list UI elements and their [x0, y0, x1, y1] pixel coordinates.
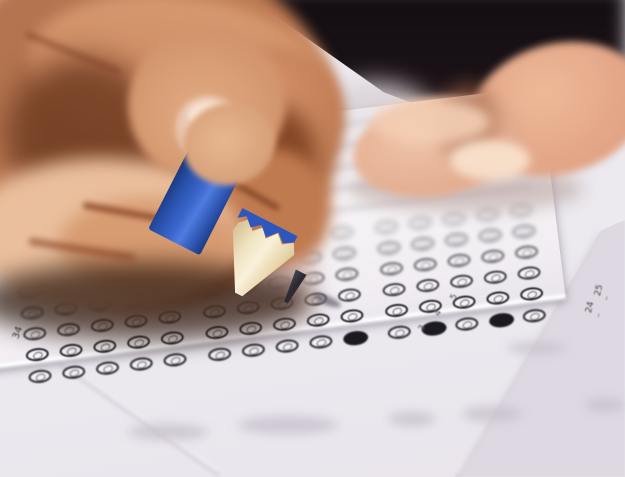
answer-bubble — [481, 249, 505, 265]
answer-bubble — [447, 253, 471, 269]
answer-bubble — [449, 273, 473, 289]
blurred-print-smudge — [238, 416, 338, 434]
blurred-print-smudge — [128, 424, 208, 440]
answer-bubble — [309, 334, 333, 350]
answer-bubble — [478, 228, 502, 244]
answer-bubble — [486, 290, 510, 306]
answer-bubble — [382, 282, 406, 298]
blurred-print-smudge — [462, 406, 522, 422]
blurred-print-smudge — [585, 398, 625, 412]
answer-bubble — [241, 342, 265, 358]
answer-bubble — [522, 308, 546, 324]
answer-bubble — [413, 257, 437, 273]
blurred-print-smudge — [388, 412, 436, 426]
answer-bubble-filled — [342, 330, 369, 347]
answer-bubble — [275, 338, 299, 354]
photo-answer-sheet-scene: 342524––543 — [0, 0, 625, 477]
answer-bubble — [519, 286, 543, 302]
answer-bubble — [163, 352, 187, 368]
answer-bubble — [95, 360, 119, 376]
answer-bubble — [455, 316, 479, 332]
answer-bubble — [384, 303, 408, 319]
answer-bubble — [207, 347, 231, 363]
answer-bubble — [62, 364, 86, 380]
answer-bubble — [374, 219, 398, 235]
answer-bubble — [25, 347, 49, 363]
answer-bubble — [379, 261, 403, 277]
answer-bubble — [332, 246, 356, 262]
fingertip-highlight — [372, 100, 490, 144]
answer-bubble — [517, 265, 541, 281]
answer-bubble — [408, 215, 432, 231]
answer-bubble — [483, 269, 507, 285]
answer-bubble — [410, 236, 434, 252]
answer-bubble — [337, 287, 361, 303]
answer-bubble — [59, 343, 83, 359]
answer-bubble — [416, 278, 440, 294]
fingertip-highlight — [450, 140, 530, 180]
answer-bubble — [93, 338, 117, 354]
answer-bubble — [512, 224, 536, 240]
answer-bubble — [444, 232, 468, 248]
answer-bubble — [28, 369, 52, 385]
answer-bubble — [377, 240, 401, 256]
answer-bubble — [335, 266, 359, 282]
answer-bubble-filled — [488, 312, 515, 329]
answer-bubble — [129, 356, 153, 372]
blurred-print-smudge — [508, 342, 566, 354]
answer-bubble — [514, 244, 538, 260]
answer-bubble — [340, 308, 364, 324]
answer-bubble — [442, 211, 466, 227]
answer-bubble — [330, 225, 354, 241]
answer-bubble — [306, 312, 330, 328]
answer-bubble — [387, 324, 411, 340]
